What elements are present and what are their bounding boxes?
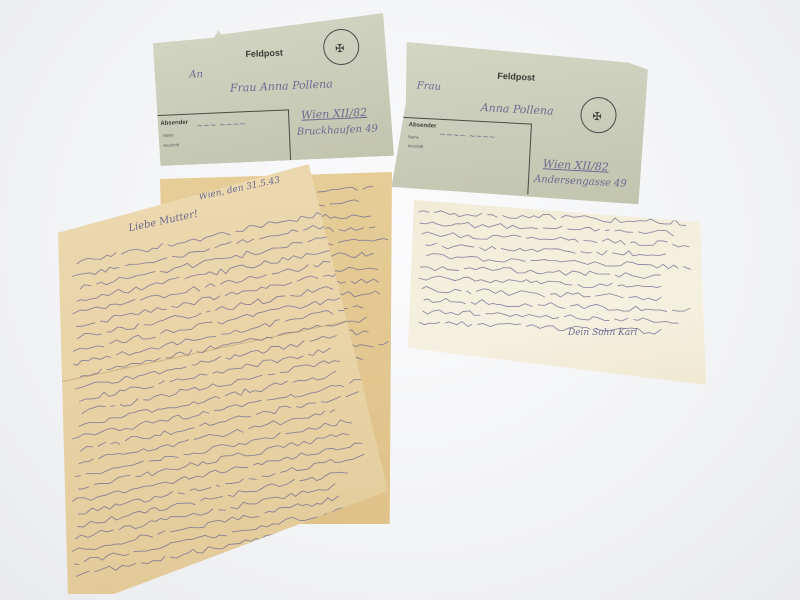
small-note: Dein Sohn Karl (408, 200, 706, 385)
address-line-2: Andersengasse 49 (534, 174, 627, 190)
recipient-line-1: Frau (417, 81, 442, 93)
postmark-stamp-icon (322, 28, 360, 66)
recipient-line-2: Frau Anna Pollena (230, 77, 333, 94)
sender-box (156, 109, 291, 166)
feldpost-envelope-2: Feldpost Frau Anna Pollena Absender Name… (391, 42, 649, 205)
feldpost-envelope-1: Feldpost An Frau Anna Pollena Absender N… (152, 13, 394, 166)
postmark-stamp-icon (580, 96, 618, 134)
recipient-line-1: An (189, 69, 203, 81)
address-line-1: Wien XII/82 (301, 106, 367, 122)
sender-label: Absender (160, 120, 188, 127)
envelope-title: Feldpost (245, 48, 283, 60)
envelope-title: Feldpost (497, 71, 535, 83)
photo-scene: Feldpost An Frau Anna Pollena Absender N… (0, 0, 800, 600)
address-line-1: Wien XII/82 (543, 157, 610, 173)
handwriting-lines (408, 200, 706, 385)
recipient-line-2: Anna Pollena (480, 101, 554, 118)
note-closing: Dein Sohn Karl (568, 328, 637, 338)
address-line-2: Bruckhaufen 49 (297, 123, 378, 138)
